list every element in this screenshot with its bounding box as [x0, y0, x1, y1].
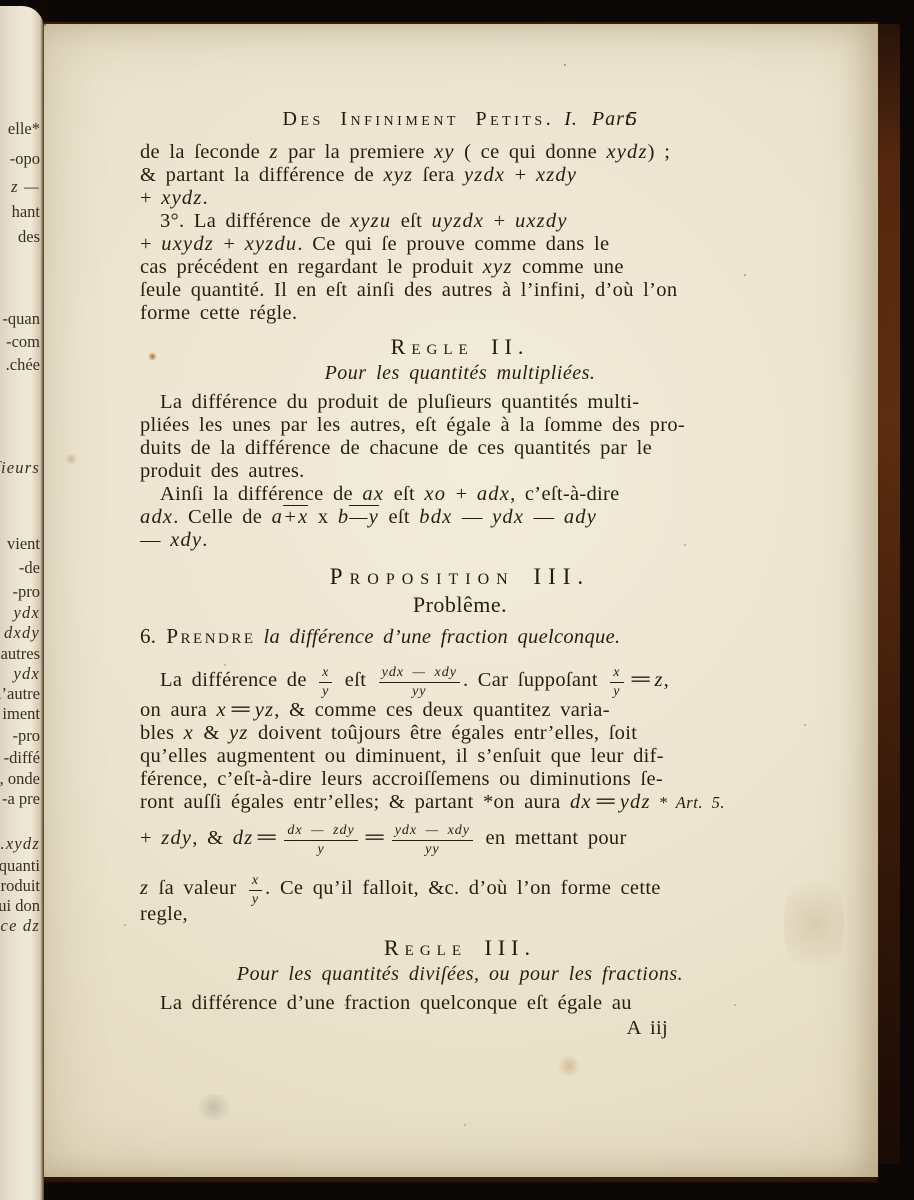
math-run: ydx	[492, 506, 524, 528]
fraction-denominator: y	[319, 683, 332, 700]
equals-sign: =	[629, 669, 652, 692]
text-column: Des Infiniment Petits.I. Part. 5 de la ſ…	[140, 108, 780, 1041]
subheading-regle-3: Pour les quantités diviſées, ou pour les…	[140, 963, 780, 986]
fraction-numerator: x	[319, 665, 332, 683]
math-run: ady	[564, 506, 597, 528]
bleed-text-fragment: ydx	[0, 603, 40, 623]
text-run: —	[524, 506, 564, 528]
bleed-text-fragment: des	[0, 227, 40, 247]
equals-sign: =	[229, 699, 252, 722]
text-run: +	[446, 483, 477, 505]
text-line: regle,	[140, 903, 780, 926]
fraction-numerator: ydx — xdy	[392, 823, 473, 841]
text-line: bles x & yz doivent toûjours être égales…	[140, 722, 780, 745]
bleed-text-fragment: a pre-	[0, 789, 40, 809]
previous-page-edge: *elleopo-— zhantdesquan-com-chée.ſieursv…	[0, 6, 44, 1200]
text-run: +	[140, 233, 161, 255]
proposition-statement: 6.Prendrela différence d’une fraction qu…	[140, 624, 780, 656]
text-run: ront auſſi égales entr’elles; & partant …	[140, 791, 570, 813]
fraction-denominator: y	[610, 683, 623, 700]
text-line: + uxydz + xyzdu. Ce qui ſe prouve comme …	[140, 233, 780, 256]
bleed-text-fragment: diffé-	[0, 748, 40, 768]
math-run: yz	[229, 722, 248, 744]
text-run: pliées les unes par les autres, eſt égal…	[140, 414, 685, 436]
math-run: xydz	[606, 141, 647, 163]
text-run: .	[202, 529, 207, 551]
equals-sign: =	[363, 827, 386, 850]
equals-sign: =	[256, 827, 279, 850]
text-run: . Ce qui ſe prouve comme dans le	[297, 233, 609, 255]
math-run: z	[654, 669, 663, 691]
math-run: z	[140, 877, 149, 899]
text-run: forme cette régle.	[140, 302, 297, 324]
math-run: xyz	[483, 256, 513, 278]
article-number: 6.	[140, 624, 156, 648]
heading-proposition-3: Proposition III.	[140, 564, 780, 590]
fraction-numerator: ydx — xdy	[379, 665, 460, 683]
page-number: 5	[627, 108, 637, 131]
paragraph-fraction-proof: La différence de xy eſt ydx — xdyyy. Car…	[140, 660, 780, 926]
fraction: ydx — xdyyy	[392, 823, 473, 858]
text-run: eſt	[379, 506, 419, 528]
text-run: +	[140, 187, 161, 209]
bleed-text-fragment: ui don-	[0, 896, 40, 916]
text-line: 3°. La différence de xyzu eſt uyzdx + ux…	[140, 210, 780, 233]
text-run: on aura	[140, 699, 216, 721]
text-line: qu’elles augmentent ou diminuent, il s’e…	[140, 745, 780, 768]
math-run: adx	[477, 483, 510, 505]
paragraph-ainsi-example: Ainſi la différence de ax eſt xo + adx, …	[140, 483, 780, 552]
overline-math: —y	[349, 505, 379, 528]
bleed-text-fragment: quanti-	[0, 856, 40, 876]
text-run: &	[194, 722, 229, 744]
text-run: férence, c’eſt-à-dire leurs accroiſſemen…	[140, 768, 663, 790]
foxing-stain	[64, 454, 78, 464]
bleed-text-fragment: iment	[0, 704, 40, 724]
math-run: dx	[570, 791, 592, 813]
text-run: +	[484, 210, 515, 232]
text-run: duits de la différence de chacune de ces…	[140, 437, 652, 459]
bleed-text-fragment: onde ,	[0, 769, 40, 789]
math-run: dz	[233, 827, 254, 849]
text-run: +	[140, 827, 161, 849]
paper-specks	[44, 24, 46, 26]
math-run: x	[184, 722, 194, 744]
text-run: +	[505, 164, 536, 186]
math-run: uxzdy	[515, 210, 568, 232]
text-run: ſera	[413, 164, 464, 186]
running-head: Des Infiniment Petits.I. Part. 5	[140, 108, 780, 131]
text-run: Ainſi la différence de	[160, 483, 362, 505]
text-line: La différence du produit de pluſieurs qu…	[140, 391, 780, 414]
text-line: La différence de xy eſt ydx — xdyyy. Car…	[140, 660, 780, 699]
heading-regle-3: Regle III.	[140, 935, 780, 961]
text-line: — xdy.	[140, 529, 780, 552]
bleed-text-fragment: ydx	[0, 664, 40, 684]
bleed-text-fragment: *elle	[0, 119, 40, 139]
gathering-signature: A iij	[140, 1017, 780, 1041]
text-run: par la premiere	[279, 141, 434, 163]
text-run: ſeule quantité. Il en eſt ainſi des autr…	[140, 279, 677, 301]
bleed-text-fragment: dxdy	[0, 623, 40, 643]
text-line: & partant la différence de xyz ſera yzdx…	[140, 164, 780, 187]
text-run: —	[452, 506, 492, 528]
math-run: bdx	[419, 506, 452, 528]
math-run: ax	[362, 483, 384, 505]
math-run: xdy	[170, 529, 202, 551]
math-run: xyz	[383, 164, 413, 186]
text-run: qu’elles augmentent ou diminuent, il s’e…	[140, 745, 664, 767]
bleed-text-fragment: com-	[0, 332, 40, 352]
bleed-text-fragment: — z	[0, 177, 40, 197]
text-line: Ainſi la différence de ax eſt xo + adx, …	[140, 483, 780, 506]
text-run: regle,	[140, 903, 188, 925]
foxing-stain	[784, 864, 844, 984]
overline-math: +x	[283, 505, 308, 528]
text-run: cas précédent en regardant le produit	[140, 256, 483, 278]
math-run: xy	[434, 141, 455, 163]
subheading-regle-2: Pour les quantités multipliées.	[140, 362, 780, 385]
math-run: a	[272, 506, 283, 528]
fraction: xy	[319, 665, 332, 700]
fraction-numerator: x	[249, 873, 262, 891]
equals-sign: =	[594, 791, 617, 814]
math-run: x	[216, 699, 226, 721]
math-run: xyzu	[350, 210, 391, 232]
math-run: b	[338, 506, 349, 528]
statement-text: la différence d’une fraction quelconque.	[264, 626, 621, 648]
bleed-text-fragment: chée.	[0, 355, 40, 375]
math-run: yzdx	[464, 164, 505, 186]
text-run: La différence d’une fraction quelconque …	[160, 992, 632, 1014]
bleed-text-fragment: de-	[0, 558, 40, 578]
text-run: La différence de	[160, 669, 316, 691]
paragraph-regle-2: La différence du produit de pluſieurs qu…	[140, 391, 780, 483]
math-run: xydz	[161, 187, 202, 209]
text-run: eſt	[335, 669, 375, 691]
fraction-numerator: x	[610, 665, 623, 683]
math-run: xyzdu	[245, 233, 298, 255]
text-run: bles	[140, 722, 184, 744]
text-line: ront auſſi égales entr’elles; & partant …	[140, 791, 780, 814]
text-line: produit des autres.	[140, 460, 780, 483]
smudge-stain	[194, 1094, 234, 1120]
fraction: ydx — xdyyy	[379, 665, 460, 700]
text-line: cas précédent en regardant le produit xy…	[140, 256, 780, 279]
statement-verb: Prendre	[166, 624, 255, 648]
text-line: pliées les unes par les autres, eſt égal…	[140, 414, 780, 437]
bleed-text-fragment: produit	[0, 876, 40, 896]
text-run: . Car ſuppoſant	[463, 669, 607, 691]
text-run: doivent toûjours être égales entr’elles,…	[249, 722, 638, 744]
math-run: zdy	[161, 827, 192, 849]
text-run: La différence du produit de pluſieurs qu…	[160, 391, 639, 413]
text-run: & partant la différence de	[140, 164, 383, 186]
math-run: uyzdx	[432, 210, 485, 232]
subheading-probleme: Problême.	[140, 592, 780, 618]
text-run: —	[140, 529, 170, 551]
paragraph-product-rule-continued: de la ſeconde z par la premiere xy ( ce …	[140, 141, 780, 325]
text-line: forme cette régle.	[140, 302, 780, 325]
math-run: ydz	[620, 791, 651, 813]
bleed-text-fragment: pro-	[0, 726, 40, 746]
bleed-text-fragment: nce dz	[0, 916, 40, 936]
fraction-denominator: yy	[392, 841, 473, 858]
margin-note: * Art. 5.	[659, 793, 725, 812]
math-run: xo	[424, 483, 446, 505]
text-run: . Ce qu’il falloit, &c. d’où l’on forme …	[265, 877, 661, 899]
text-line: z ſa valeur xy. Ce qu’il falloit, &c. d’…	[140, 869, 780, 903]
text-run: x	[308, 506, 337, 528]
bleed-text-fragment: hant	[0, 202, 40, 222]
bleed-text-fragment: quan-	[0, 309, 40, 329]
text-run: .	[203, 187, 208, 209]
text-run: , c’eſt-à-dire	[510, 483, 620, 505]
book-page: Des Infiniment Petits.I. Part. 5 de la ſ…	[44, 22, 878, 1177]
text-line: duits de la différence de chacune de ces…	[140, 437, 780, 460]
math-run: xzdy	[536, 164, 577, 186]
fraction-denominator: yy	[379, 683, 460, 700]
bleed-text-fragment: opo-	[0, 149, 40, 169]
math-run: yz	[255, 699, 274, 721]
text-line: férence, c’eſt-à-dire leurs accroiſſemen…	[140, 768, 780, 791]
text-run: 3°. La différence de	[160, 210, 350, 232]
foxing-stain	[556, 1056, 582, 1076]
text-run: de la ſeconde	[140, 141, 269, 163]
text-run: ,	[664, 669, 669, 691]
text-run: . Celle de	[173, 506, 271, 528]
paragraph-regle-3: La différence d’une fraction quelconque …	[140, 992, 780, 1015]
text-run: ) ;	[648, 141, 671, 163]
text-run: ſa valeur	[149, 877, 246, 899]
text-run: eſt	[391, 210, 431, 232]
fraction: dx — zdyy	[284, 823, 357, 858]
text-line: + xydz.	[140, 187, 780, 210]
bleed-text-fragment: xydz.	[0, 834, 40, 854]
math-run: adx	[140, 506, 173, 528]
fraction-denominator: y	[284, 841, 357, 858]
text-run: , &	[192, 827, 233, 849]
text-run: +	[214, 233, 245, 255]
text-run: ( ce qui donne	[455, 141, 607, 163]
heading-regle-2: Regle II.	[140, 334, 780, 360]
text-line: adx. Celle de a+x x b—y eſt bdx — ydx — …	[140, 506, 780, 529]
text-run: , & comme ces deux quantitez varia-	[274, 699, 610, 721]
math-run: z	[269, 141, 278, 163]
text-line: La différence d’une fraction quelconque …	[140, 992, 780, 1015]
bleed-text-fragment: autres	[0, 644, 40, 664]
math-run: uxydz	[161, 233, 214, 255]
running-head-title: Des Infiniment Petits.	[283, 108, 555, 130]
text-line: ſeule quantité. Il en eſt ainſi des autr…	[140, 279, 780, 302]
text-run: eſt	[384, 483, 424, 505]
text-run: en mettant pour	[476, 827, 627, 849]
text-line: + zdy, & dz=dx — zdyy=ydx — xdyyy en met…	[140, 814, 780, 869]
book-photo: { "colors":{"paper":"#ece4cf","ink":"#28…	[0, 0, 914, 1200]
bleed-text-fragment: vient	[0, 534, 40, 554]
text-run: comme une	[513, 256, 624, 278]
fraction: xy	[610, 665, 623, 700]
bleed-text-fragment: l’autre	[0, 684, 40, 704]
bleed-text-fragment: pro-	[0, 582, 40, 602]
bleed-text-fragment: ſieurs	[0, 458, 40, 478]
fraction-numerator: dx — zdy	[284, 823, 357, 841]
text-line: on aura x=yz, & comme ces deux quantitez…	[140, 699, 780, 722]
text-run: produit des autres.	[140, 460, 305, 482]
text-line: de la ſeconde z par la premiere xy ( ce …	[140, 141, 780, 164]
